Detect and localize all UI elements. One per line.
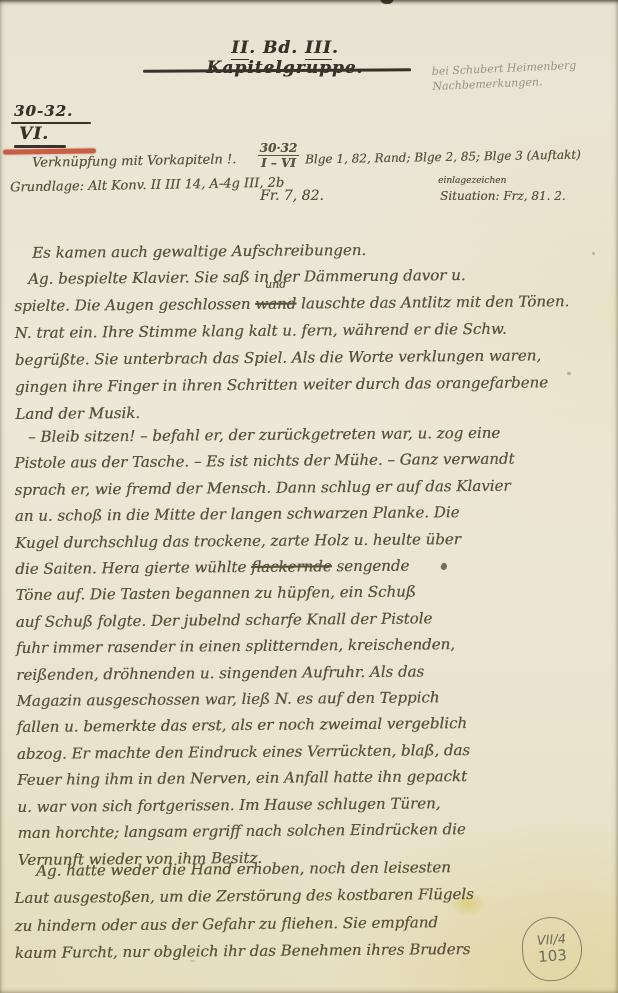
reference-fr-note: Fr. 7, 82. <box>260 188 324 204</box>
paragraph-3: – Bleib sitzen! – befahl er, der zurückg… <box>14 420 470 873</box>
manuscript-line: man horchte; langsam ergriff nach solche… <box>17 816 469 846</box>
line-text: sengende <box>332 557 410 576</box>
fraction-numerator: 30·32 <box>258 142 299 155</box>
scan-edge-notch <box>380 0 394 4</box>
line-text: lauschte das Antlitz mit den Tönen. <box>296 292 569 312</box>
strikethrough-correction: undwand <box>255 291 296 318</box>
struck-word: flackernde <box>251 557 332 576</box>
strikethrough-correction: flackernde <box>251 553 332 580</box>
manuscript-line: auf Schuß folgte. Der jubelnd scharfe Kn… <box>16 605 468 635</box>
reference-fraction: 30·32 I – VI <box>258 142 299 170</box>
manuscript-line: Kugel durchschlug das trockene, zarte Ho… <box>15 526 467 556</box>
ink-speck <box>592 252 595 255</box>
line-text: spielte. Die Augen geschlossen <box>14 295 255 315</box>
manuscript-page: II. Bd. III. Kapitelgruppe. bei Schubert… <box>0 0 618 993</box>
manuscript-line: kaum Furcht, nur obgleich ihr das Benehm… <box>15 936 467 967</box>
stamp-page-number: 103 <box>538 947 568 966</box>
inserted-word: und <box>265 279 286 290</box>
pencil-annotation: bei Schubert Heimenberg Nachbemerkungen. <box>431 56 618 94</box>
manuscript-line: Laut ausgestoßen, um die Zerstörung des … <box>14 881 466 912</box>
manuscript-line: Pistole aus der Tasche. – Es ist nichts … <box>14 446 466 476</box>
manuscript-line: die Saiten. Hera gierte wühlte flackernd… <box>15 552 467 582</box>
red-crayon-mark <box>3 148 96 154</box>
chapter-underline <box>14 145 66 148</box>
manuscript-line: Ag. hatte weder die Hand erhoben, noch d… <box>14 854 466 885</box>
reference-basis-note: Grundlage: Alt Konv. II III 14, A-4g III… <box>10 176 284 196</box>
manuscript-line: fuhr immer rasender in einen splitternde… <box>16 631 468 661</box>
manuscript-line: sprach er, wie fremd der Mensch. Dann sc… <box>14 473 466 503</box>
title-text: . Bd. <box>249 38 305 58</box>
manuscript-line: begrüßte. Sie unterbrach das Spiel. Als … <box>15 343 467 374</box>
struck-word: wand <box>255 295 296 313</box>
roman-numeral: III <box>305 38 332 60</box>
manuscript-line: fallen u. bemerkte das erst, als er noch… <box>17 711 469 741</box>
manuscript-line: Feuer hing ihm in den Nerven, ein Anfall… <box>17 763 469 793</box>
fraction-denominator: I – VI <box>258 155 299 170</box>
manuscript-line: u. war von sich fortgerissen. Im Hause s… <box>17 790 469 820</box>
reference-insert-note: einlagezeichen <box>438 176 506 186</box>
chapter-number-label: VI. <box>19 124 49 144</box>
manuscript-line: abzog. Er machte den Eindruck eines Verr… <box>17 737 469 767</box>
reference-link-note: Verknüpfung mit Vorkapiteln !. <box>32 152 236 171</box>
ink-speck <box>567 372 571 375</box>
manuscript-line: gingen ihre Finger in ihren Schritten we… <box>15 370 467 401</box>
manuscript-line: Ag. bespielte Klavier. Sie saß in der Dä… <box>14 262 466 293</box>
manuscript-line: zu hindern oder aus der Gefahr zu fliehe… <box>14 909 466 940</box>
reference-pages-note: Blge 1, 82, Rand; Blge 2, 85; Blge 3 (Au… <box>305 148 581 167</box>
manuscript-line: spielte. Die Augen geschlossen undwand l… <box>14 289 466 320</box>
archive-number-stamp: VII/4 103 <box>520 915 584 983</box>
manuscript-line: N. trat ein. Ihre Stimme klang kalt u. f… <box>14 316 466 347</box>
manuscript-line: an u. schoß in die Mitte der langen schw… <box>15 499 467 529</box>
manuscript-line: – Bleib sitzen! – befahl er, der zurückg… <box>14 420 466 450</box>
page-range-label: 30-32. <box>14 102 73 120</box>
roman-numeral: II <box>231 38 249 60</box>
paragraph-4: Ag. hatte weder die Hand erhoben, noch d… <box>14 854 467 968</box>
line-text: die Saiten. Hera gierte wühlte <box>15 558 251 578</box>
manuscript-line: Töne auf. Die Tasten begannen zu hüpfen,… <box>15 578 467 608</box>
manuscript-line: Magazin ausgeschossen war, ließ N. es au… <box>16 684 468 714</box>
manuscript-line: reißenden, dröhnenden u. singenden Aufru… <box>16 658 468 688</box>
paragraph-2: Ag. bespielte Klavier. Sie saß in der Dä… <box>14 262 467 428</box>
reference-situation-note: Situation: Frz, 81. 2. <box>440 189 566 203</box>
